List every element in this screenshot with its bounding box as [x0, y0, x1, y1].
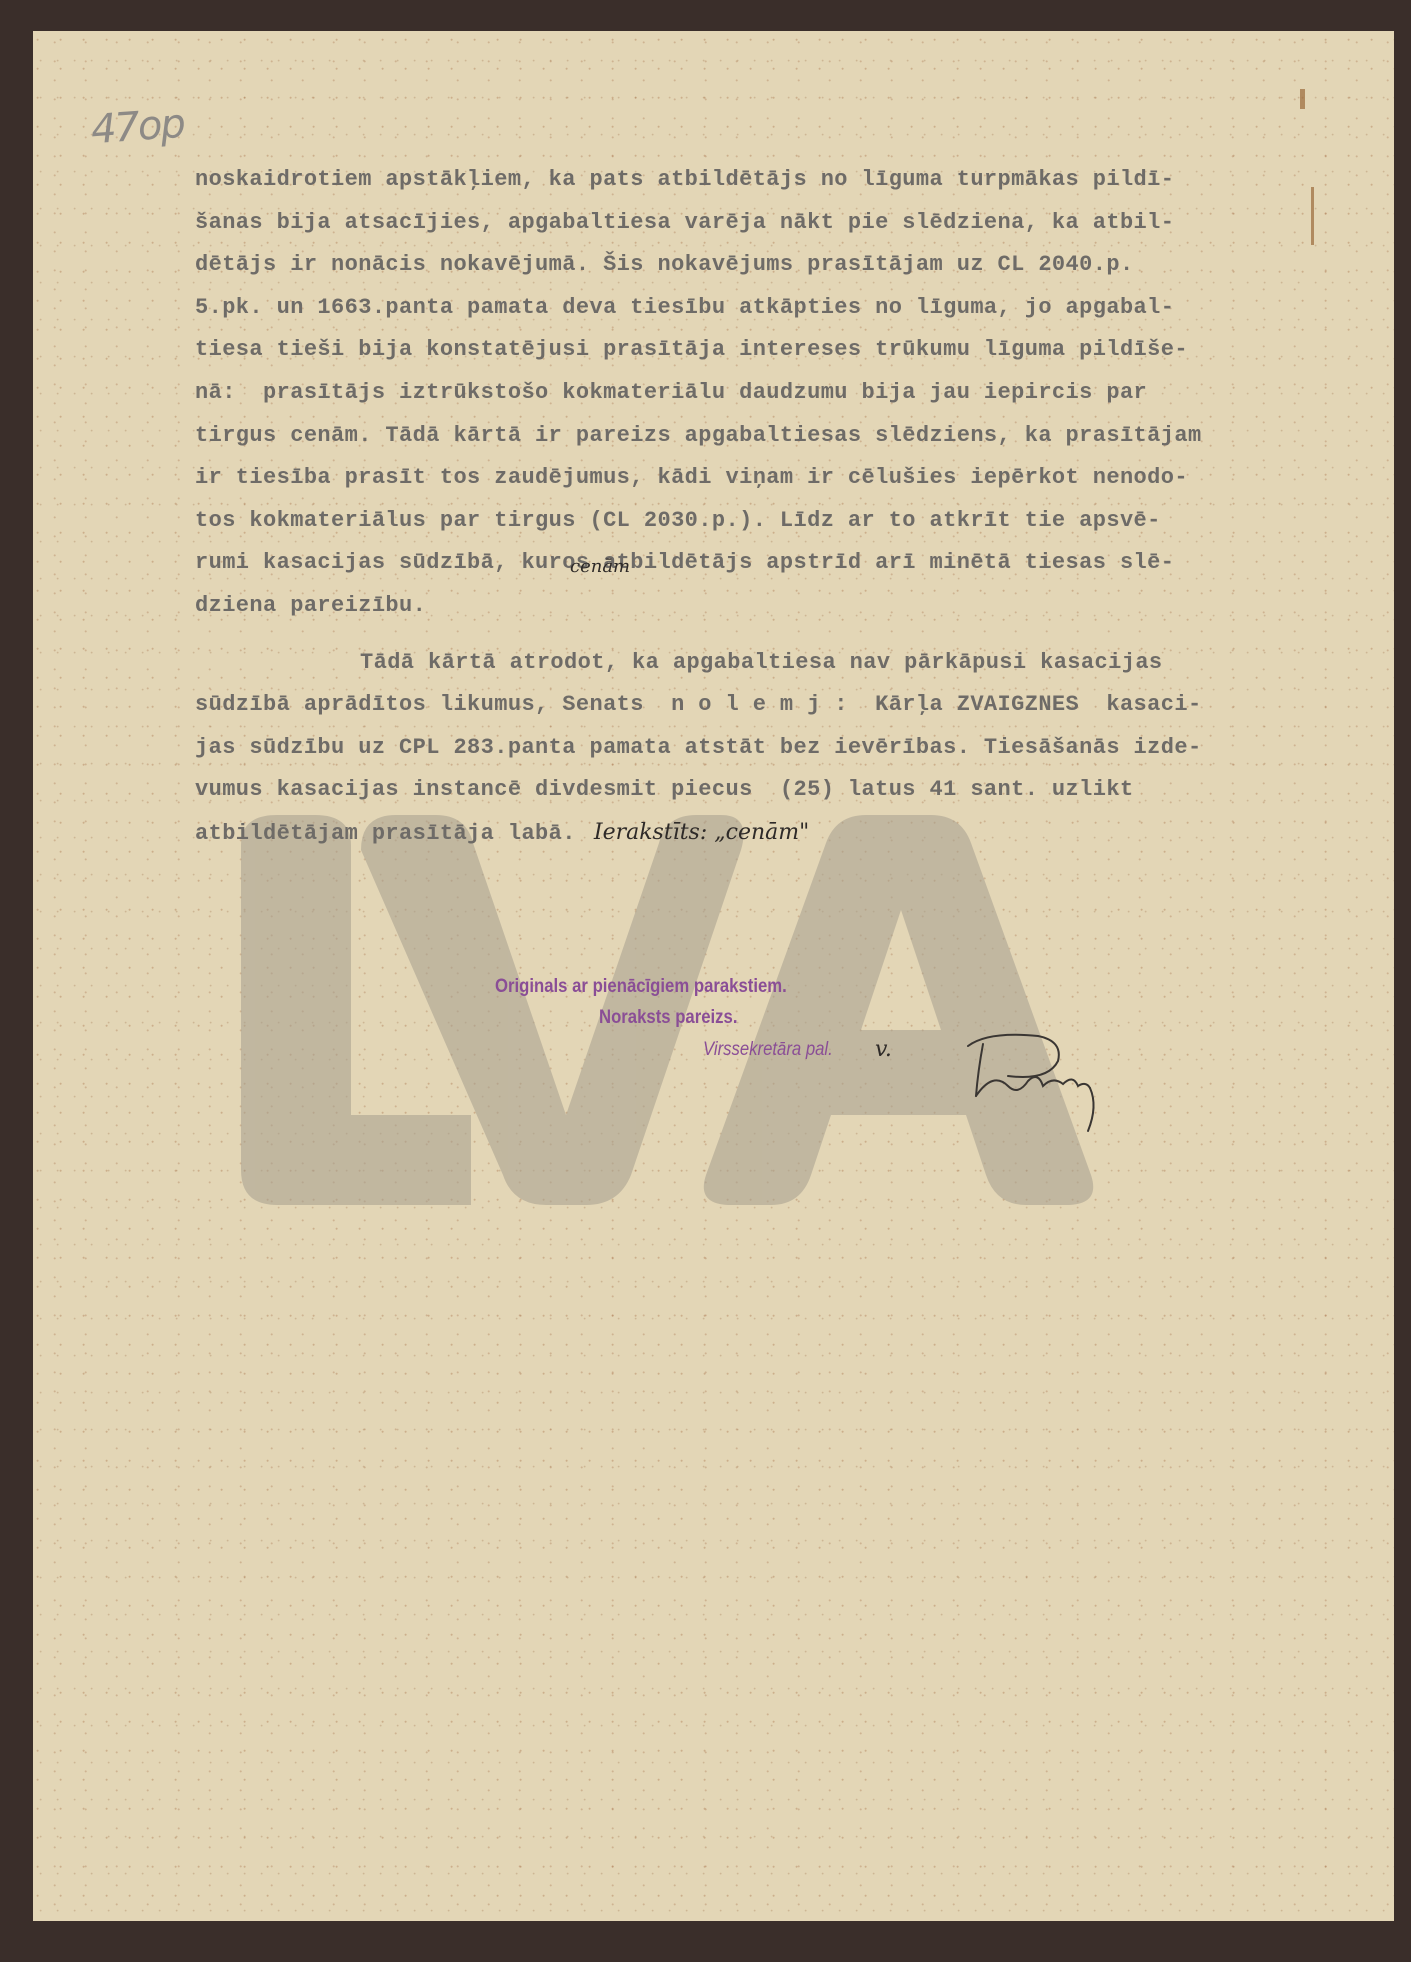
text-line: atbildētājam prasītāja labā. — [195, 821, 576, 846]
handwritten-note: Ierakstīts: „cenām" — [594, 820, 809, 845]
stamp-line-1: Originals ar pienācīgiem parakstiem. — [495, 976, 787, 998]
text-line: jas sūdzību uz CPL 283.panta pamata atst… — [195, 727, 1345, 770]
text-line: 5.pk. un 1663.panta pamata deva tiesību … — [195, 287, 1345, 330]
text-line-with-note: atbildētājam prasītāja labā.Ierakstīts: … — [195, 812, 1345, 855]
handwritten-insertion: cenām — [570, 556, 630, 577]
stamp-line-2: Noraksts pareizs. — [599, 1007, 737, 1029]
signature-icon — [948, 1026, 1128, 1136]
text-line: Tādā kārtā atrodot, ka apgabaltiesa nav … — [195, 642, 1345, 685]
text-line: šanas bija atsacījies, apgabaltiesa varē… — [195, 202, 1345, 245]
paragraph-2: Tādā kārtā atrodot, ka apgabaltiesa nav … — [195, 642, 1345, 855]
text-line: tos kokmateriālus par tirgus (CL 2030.p.… — [195, 500, 1345, 543]
typed-body: noskaidrotiem apstākļiem, ka pats atbild… — [195, 159, 1345, 855]
lva-watermark-icon — [241, 815, 1241, 1215]
text-line: dētājs ir nonācis nokavējumā. Šis nokavē… — [195, 244, 1345, 287]
text-line: sūdzībā aprādītos likumus, Senats n o l … — [195, 684, 1345, 727]
text-line: tiesa tieši bija konstatējusi prasītāja … — [195, 329, 1345, 372]
folio-number: 47op — [90, 101, 186, 153]
edge-stain-mark — [1300, 89, 1305, 109]
document-page: 47op noskaidrotiem apstākļiem, ka pats a… — [33, 31, 1394, 1921]
text-line: tirgus cenām. Tādā kārtā ir pareizs apga… — [195, 415, 1345, 458]
paragraph-1: noskaidrotiem apstākļiem, ka pats atbild… — [195, 159, 1345, 628]
text-line: nā: prasītājs iztrūkstošo kokmateriālu d… — [195, 372, 1345, 415]
text-line: noskaidrotiem apstākļiem, ka pats atbild… — [195, 159, 1345, 202]
text-line: ir tiesība prasīt tos zaudējumus, kādi v… — [195, 457, 1345, 500]
text-line: vumus kasacijas instancē divdesmit piecu… — [195, 769, 1345, 812]
text-line: dziena pareizību. — [195, 585, 1345, 628]
text-line: rumi kasacijas sūdzībā, kuros atbildētāj… — [195, 542, 1345, 585]
stamp-line-3: Virssekretāra pal. — [703, 1039, 833, 1061]
handwritten-v: v. — [875, 1037, 892, 1062]
